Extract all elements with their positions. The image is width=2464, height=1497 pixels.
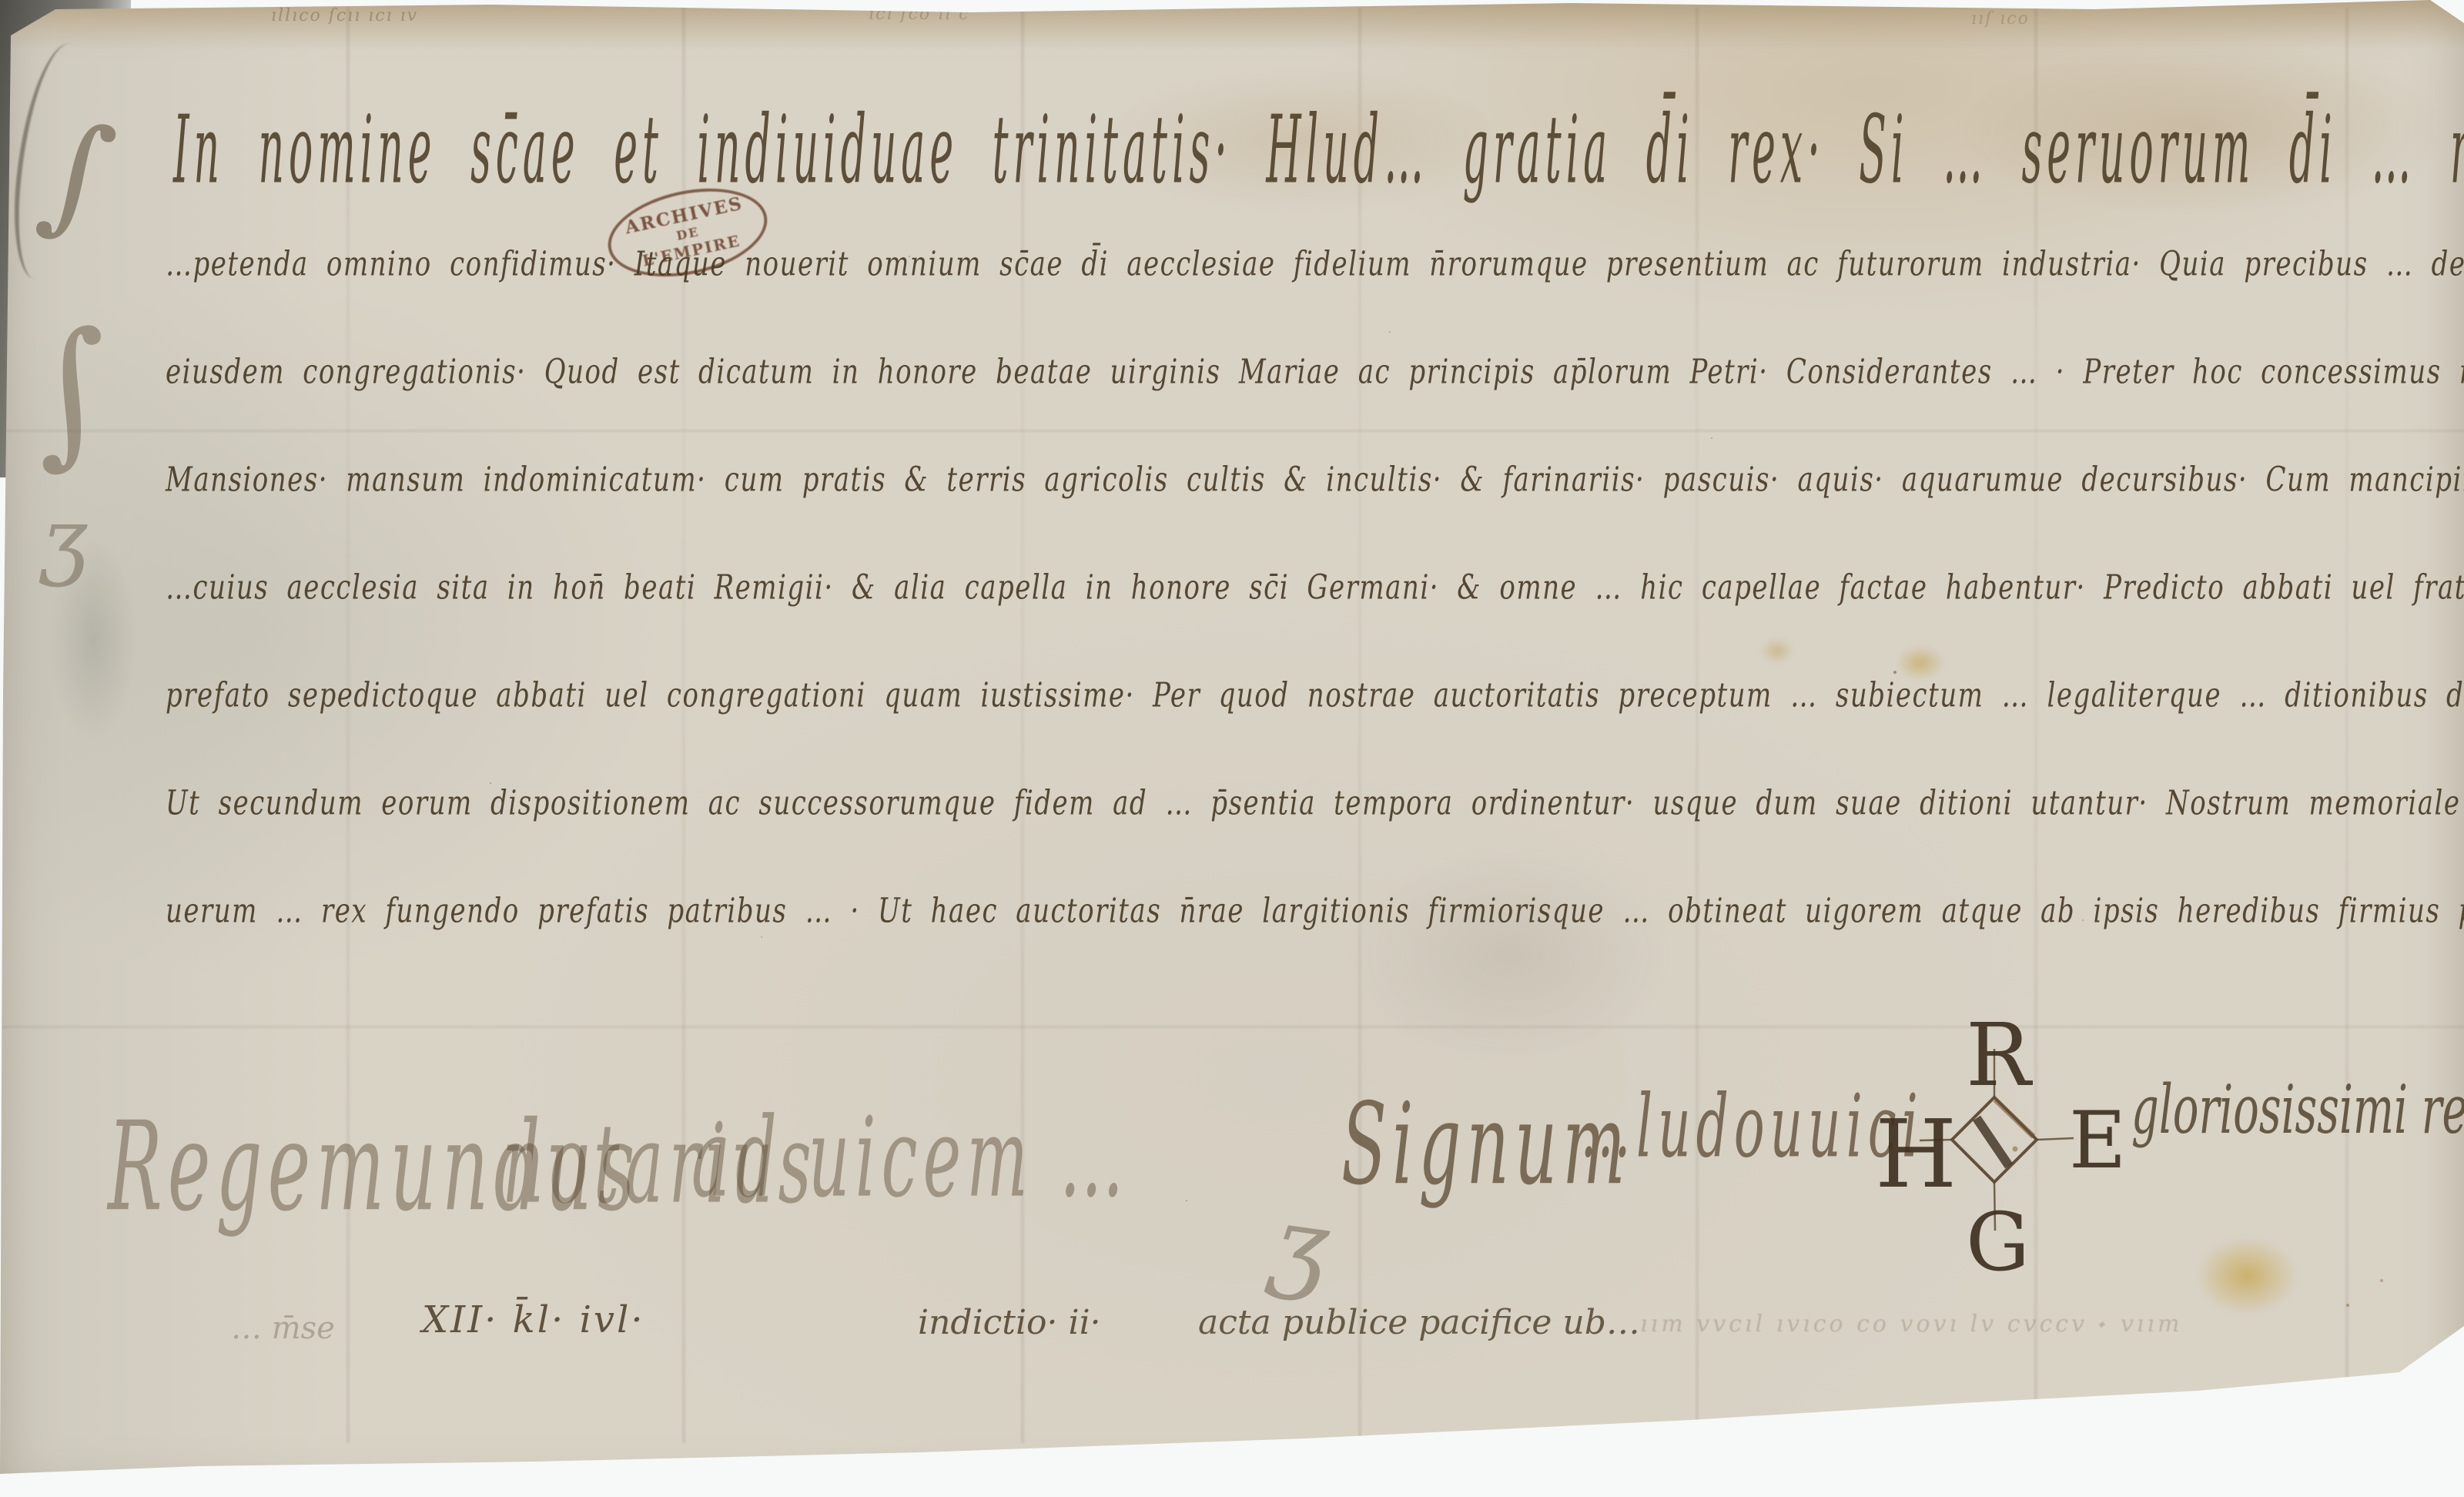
faded-annotation: ıım vvcıl ıvıco co vovı lv cvccv ˖ vıım: [1640, 1311, 2182, 1338]
parchment-sheet: ıllıco ſcıı ıcı ıv ıcı ſco ıı c ııſ ıco …: [0, 0, 2464, 1497]
dateline-day: XII· k̄l· ivl·: [422, 1298, 645, 1341]
monogram-letter-r: R: [1966, 1006, 2030, 1106]
charter-photograph: ıllıco ſcıı ıcı ıv ıcı ſco ıı c ııſ ıco …: [0, 0, 2464, 1497]
monogram-letter-e: E: [2069, 1095, 2126, 1187]
gloriosissimi-regis: gloriosissimi regis: [2131, 1072, 2464, 1150]
charter-body-line: Ut secundum eorum dispositionem ac succe…: [166, 784, 2464, 823]
royal-monogram: R H E G: [1844, 1001, 2168, 1309]
charter-body-line: uerum … rex fungendo prefatis patribus ……: [166, 892, 2464, 931]
fold-crease: [2345, 8, 2348, 1443]
charter-body-line: Mansiones· mansum indominicatum· cum pra…: [166, 460, 2464, 500]
dateline-actum: acta publice pacifice ub…: [1198, 1303, 1640, 1342]
monogram-letter-h: H: [1875, 1100, 1957, 1209]
fold-crease-horizontal: [0, 430, 2464, 432]
margin-flourish: ∫: [20, 298, 122, 486]
gray-smudge: [1347, 847, 1671, 1063]
charter-body-line: …cuius aecclesia sita in hon̄ beati Remi…: [166, 568, 2464, 608]
dateline-indiction: indictio· ii·: [918, 1303, 1101, 1342]
dateline-prefix: … m̄se: [231, 1311, 335, 1346]
fold-crease: [1358, 8, 1361, 1443]
margin-flourish: ʒ: [40, 490, 88, 588]
yellow-stain: [1760, 638, 1794, 664]
signum-flourish: ʒ: [1264, 1183, 1337, 1307]
top-edge-scribble: ıcı ſco ıı c: [869, 5, 969, 24]
fold-crease: [1696, 8, 1699, 1443]
top-edge-scribble: ıllıco ſcıı ıcı ıv: [271, 6, 418, 25]
charter-body-line: eiusdem congregationis· Quod est dicatum…: [166, 353, 2464, 392]
charter-body-line: …petenda omnino confidimus· Itaque nouer…: [166, 245, 2464, 284]
top-edge-scribble: ııſ ıco: [1971, 9, 2030, 28]
monogram-letter-g: G: [1966, 1195, 2030, 1289]
fold-crease: [1021, 8, 1024, 1443]
recognition-word: ad uicem …: [691, 1093, 1130, 1222]
yellow-stain: [2196, 1237, 2298, 1315]
charter-body-line: prefato sepedictoque abbati uel congrega…: [166, 676, 2464, 715]
invocation-line: In nomine sc̄ae et indiuiduae trinitatis…: [173, 97, 2464, 206]
